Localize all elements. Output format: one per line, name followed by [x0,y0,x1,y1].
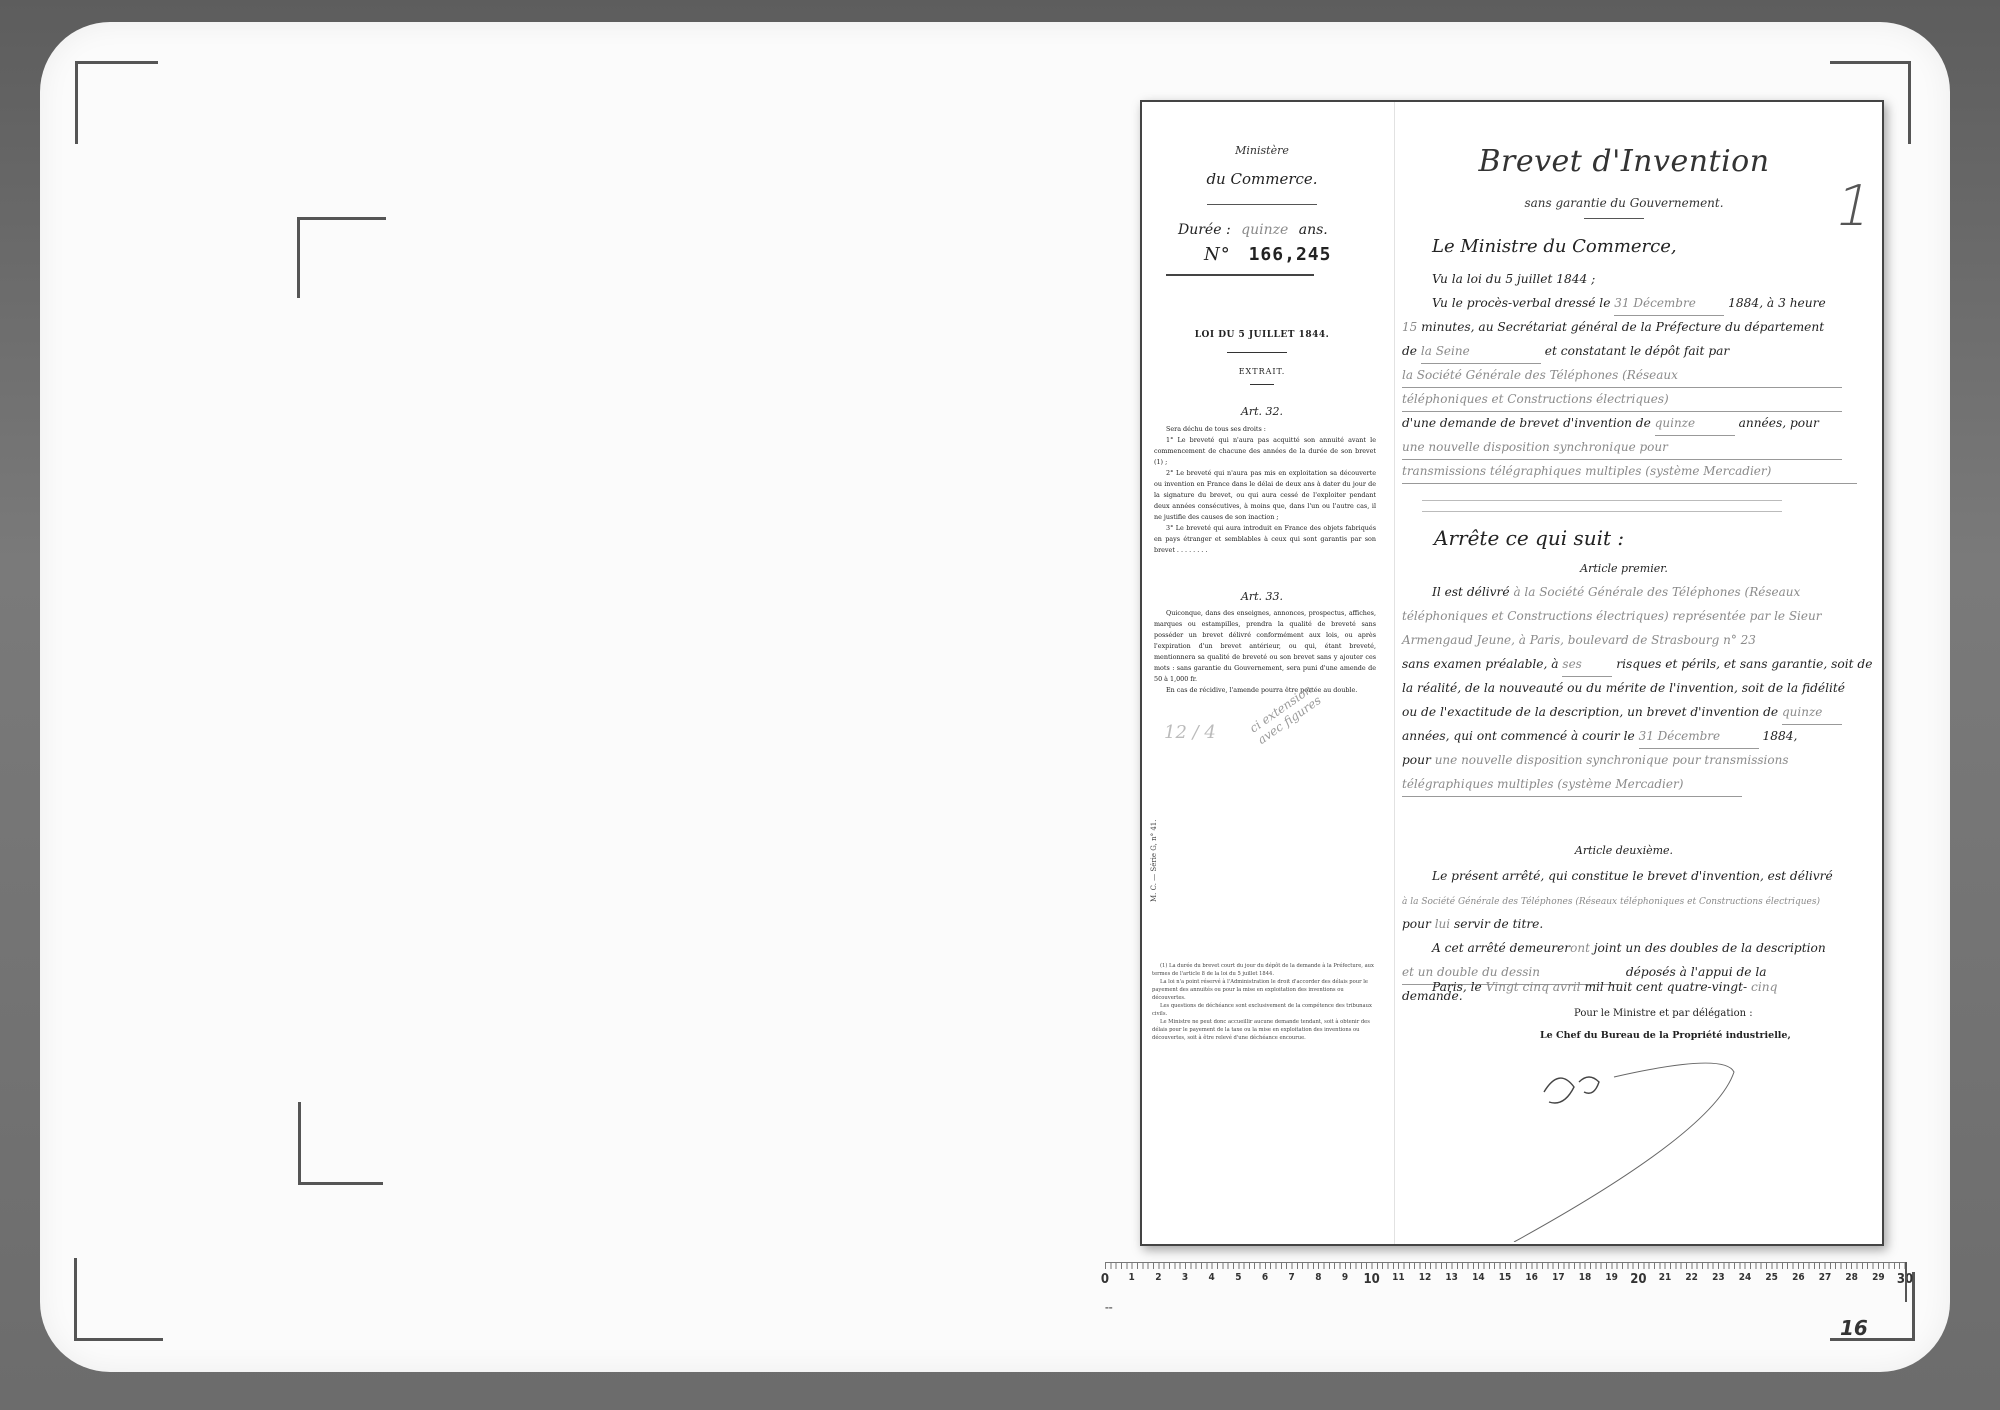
preamble-line: d'une demande de brevet d'invention de q… [1402,411,1858,435]
ornament-rule [1207,204,1317,205]
text: 1884, [1762,729,1797,743]
folio-number: 16 [1840,1316,1868,1340]
filled-holder: Armengaud Jeune, à Paris, boulevard de S… [1402,633,1756,647]
crop-mark-bottom-left [74,1258,163,1341]
filled-department: la Seine [1421,339,1541,364]
text: ou de l'exactitude de la description, un… [1402,705,1778,719]
ruler-label: 4 [1209,1272,1215,1283]
filled-invention: une nouvelle disposition synchronique po… [1402,435,1842,460]
article-line: années, qui ont commencé à courir le 31 … [1402,724,1858,748]
extract-label: EXTRAIT. [1142,367,1382,376]
filled-invention: télégraphiques multiples (système Mercad… [1402,772,1742,797]
ruler-label: 17 [1552,1272,1565,1283]
ministry-label: Ministère [1142,144,1382,157]
preamble: Vu la loi du 5 juillet 1844 ; Vu le proc… [1402,267,1858,483]
ruler-label: 12 [1419,1272,1432,1283]
ruler-label: 2 [1155,1272,1161,1283]
form-series-label: M. C. — Série G, n° 41. [1150,820,1158,902]
law-paragraph: 2° Le breveté qui n'aura pas mis en expl… [1154,468,1376,523]
filled-pronoun: lui [1435,917,1450,931]
text: servir de titre. [1454,917,1543,931]
duration-unit: ans. [1299,222,1328,238]
signature-title: Le Chef du Bureau de la Propriété indust… [1540,1030,1791,1041]
article-line: téléphoniques et Constructions électriqu… [1402,604,1858,628]
text: la réalité, de la nouveauté ou du mérite… [1402,681,1845,695]
patent-document: Ministère du Commerce. Durée : quinze an… [1140,100,1884,1246]
ruler-label: 0 [1101,1272,1109,1287]
law-paragraph: 1° Le breveté qui n'aura pas acquitté so… [1154,435,1376,468]
law-paragraph: Sera déchu de tous ses droits : [1154,424,1376,435]
ruler-label: 8 [1315,1272,1321,1283]
ruler-label: 27 [1819,1272,1832,1283]
text: sans examen préalable, à [1402,657,1559,671]
handwritten-margin-numbers: 12 / 4 [1164,722,1216,744]
law-paragraph: En cas de récidive, l'amende pourra être… [1154,685,1376,696]
filled-minutes: 15 [1402,320,1417,334]
ministry-name: du Commerce. [1142,170,1382,188]
divider [1166,274,1314,276]
article-line: Il est délivré à la Société Générale des… [1402,580,1858,604]
article-line: A cet arrêté demeureront joint un des do… [1402,936,1858,960]
article-line: télégraphiques multiples (système Mercad… [1402,772,1858,796]
preamble-line: téléphoniques et Constructions électriqu… [1402,387,1858,411]
filled-duration: quinze [1782,700,1842,725]
ruler-label: 25 [1765,1272,1778,1283]
text: Le présent arrêté, qui constitue le brev… [1432,869,1833,883]
document-subtitle: sans garantie du Gouvernement. [1394,196,1854,210]
preamble-line: transmissions télégraphiques multiples (… [1402,459,1858,483]
filled-date: Vingt cinq avril [1486,980,1581,994]
preamble-line: de la Seine et constatant le dépôt fait … [1402,339,1858,363]
number-prefix: N° [1204,244,1231,265]
issue-date-line: Paris, le Vingt cinq avril mil huit cent… [1432,980,1777,994]
article-32-text: Sera déchu de tous ses droits : 1° Le br… [1154,424,1376,556]
ruler-label: 23 [1712,1272,1725,1283]
ruler-label: 11 [1392,1272,1405,1283]
text: Il est délivré [1432,585,1510,599]
article-line: pour lui servir de titre. [1402,912,1858,936]
ruler-label: 1 [1129,1272,1135,1283]
preamble-line: une nouvelle disposition synchronique po… [1402,435,1858,459]
crop-mark-top-left [75,61,158,144]
text: de [1402,344,1417,358]
law-paragraph: 3° Le breveté qui aura introduit en Fran… [1154,523,1376,556]
article-line: pour une nouvelle disposition synchroniq… [1402,748,1858,772]
ruler-label: 13 [1445,1272,1458,1283]
text: un des doubles de la description [1625,941,1825,955]
article-line: Le présent arrêté, qui constitue le brev… [1402,864,1858,888]
ruler-label: 18 [1579,1272,1592,1283]
preamble-line: Vu le procès-verbal dressé le 31 Décembr… [1402,291,1858,315]
filled-invention: une nouvelle disposition synchronique po… [1435,753,1789,767]
ruler-label: 28 [1845,1272,1858,1283]
handwritten-page-mark: 1 [1829,174,1878,239]
ruler-label: 7 [1289,1272,1295,1283]
article-1-title: Article premier. [1394,562,1854,575]
footnote: La loi n'a point réservé à l'Administrat… [1152,978,1374,1002]
filled-pronoun: ses [1562,652,1612,677]
text: années, pour [1739,416,1819,430]
text: minutes, au Secrétariat général de la Pr… [1421,320,1824,334]
left-margin-column: Ministère du Commerce. Durée : quinze an… [1142,102,1395,1244]
document-title: Brevet d'Invention [1394,144,1854,179]
ruler-label: 24 [1739,1272,1752,1283]
filled-year: cinq [1751,980,1777,994]
blank-line [1422,500,1782,501]
text: d'une demande de brevet d'invention de [1402,416,1651,430]
crop-mark-inner-bottom-left [298,1102,383,1185]
footnote: (1) La durée du brevet court du jour du … [1152,962,1374,978]
ruler-label: 10 [1364,1272,1380,1287]
filled-suffix: ont [1570,941,1590,955]
ruler-label: 26 [1792,1272,1805,1283]
text: Paris, le [1432,980,1482,994]
text: déposés à l'appui de la [1626,965,1767,979]
ruler-label: 15 [1499,1272,1512,1283]
ruler-label: 20 [1630,1272,1646,1287]
ruler-label: 29 [1872,1272,1885,1283]
patent-number: N° 166,245 [1204,244,1331,265]
ruler-labels: 0123456789101112131415161718192021222324… [1105,1272,1905,1288]
ornament-rule [1584,218,1644,219]
ruler-end-mark [1905,1262,1907,1302]
text: Vu la loi du 5 juillet 1844 ; [1432,272,1595,286]
ruler-maker-mark: ▬▬ [1105,1305,1113,1310]
article-line: la réalité, de la nouveauté ou du mérite… [1402,676,1858,700]
footnotes: (1) La durée du brevet court du jour du … [1152,962,1374,1042]
filled-holder: à la Société Générale des Téléphones (Ré… [1513,585,1800,599]
text: mil huit cent quatre-vingt- [1584,980,1747,994]
signature-delegation: Pour le Ministre et par délégation : [1574,1008,1753,1019]
ruler-label: 14 [1472,1272,1485,1283]
text: A cet arrêté demeurer [1432,941,1570,955]
filled-depositor: la Société Générale des Téléphones (Rése… [1402,363,1842,388]
crop-mark-inner-top-left [297,217,386,298]
article-line: sans examen préalable, à ses risques et … [1402,652,1858,676]
article-1-text: Il est délivré à la Société Générale des… [1402,580,1858,796]
number-value: 166,245 [1249,244,1332,265]
article-line: ou de l'exactitude de la description, un… [1402,700,1858,724]
text: 1884, à 3 heure [1728,296,1825,310]
filled-depositor: téléphoniques et Constructions électriqu… [1402,387,1842,412]
preamble-line: Vu la loi du 5 juillet 1844 ; [1402,267,1858,291]
law-paragraph: Quiconque, dans des enseignes, annonces,… [1154,608,1376,685]
blank-line [1422,511,1782,512]
filled-date: 31 Décembre [1614,291,1724,316]
text: années, qui ont commencé à courir le [1402,729,1635,743]
main-column: Brevet d'Invention sans garantie du Gouv… [1394,102,1882,1244]
footnote: Les questions de déchéance sont exclusiv… [1152,1002,1374,1018]
blank-lines [1402,500,1862,520]
ruler-label: 3 [1182,1272,1188,1283]
article-line: à la Société Générale des Téléphones (Ré… [1402,888,1858,912]
preamble-line: la Société Générale des Téléphones (Rése… [1402,363,1858,387]
article-2-title: Article deuxième. [1394,844,1854,857]
divider [1250,384,1274,385]
ruler-label: 9 [1342,1272,1348,1283]
ruler-label: 19 [1605,1272,1618,1283]
decree-heading: Arrête ce qui suit : [1434,526,1624,550]
filled-duration: quinze [1655,411,1735,436]
signature-flourish-icon [1394,1042,1882,1242]
ruler-label: 5 [1235,1272,1241,1283]
preamble-line: 15 minutes, au Secrétariat général de la… [1402,315,1858,339]
text: pour [1402,753,1431,767]
divider [1227,352,1287,353]
duration-value: quinze [1241,222,1288,238]
article-33-title: Art. 33. [1142,590,1382,603]
text: Vu le procès-verbal dressé le [1432,296,1610,310]
law-title: LOI DU 5 JUILLET 1844. [1142,330,1382,340]
ruler-label: 21 [1659,1272,1672,1283]
duration-label: Durée : [1178,222,1231,238]
article-33-text: Quiconque, dans des enseignes, annonces,… [1154,608,1376,696]
filled-holder: téléphoniques et Constructions électriqu… [1402,609,1821,623]
duration-field: Durée : quinze ans. [1178,222,1328,238]
article-line: Armengaud Jeune, à Paris, boulevard de S… [1402,628,1858,652]
text: risques et périls, et sans garantie, soi… [1616,657,1872,671]
ruler-label: 6 [1262,1272,1268,1283]
filled-invention: transmissions télégraphiques multiples (… [1402,459,1857,484]
filled-date: 31 Décembre [1639,724,1759,749]
text: joint [1594,941,1622,955]
ruler-label: 16 [1525,1272,1538,1283]
filled-holder: à la Société Générale des Téléphones (Ré… [1402,897,1820,907]
ruler-label: 22 [1685,1272,1698,1283]
text: pour [1402,917,1431,931]
article-32-title: Art. 32. [1142,405,1382,418]
text: et constatant le dépôt fait par [1545,344,1729,358]
minister-heading: Le Ministre du Commerce, [1432,236,1677,257]
footnote: Le Ministre ne peut donc accueillir aucu… [1152,1018,1374,1042]
